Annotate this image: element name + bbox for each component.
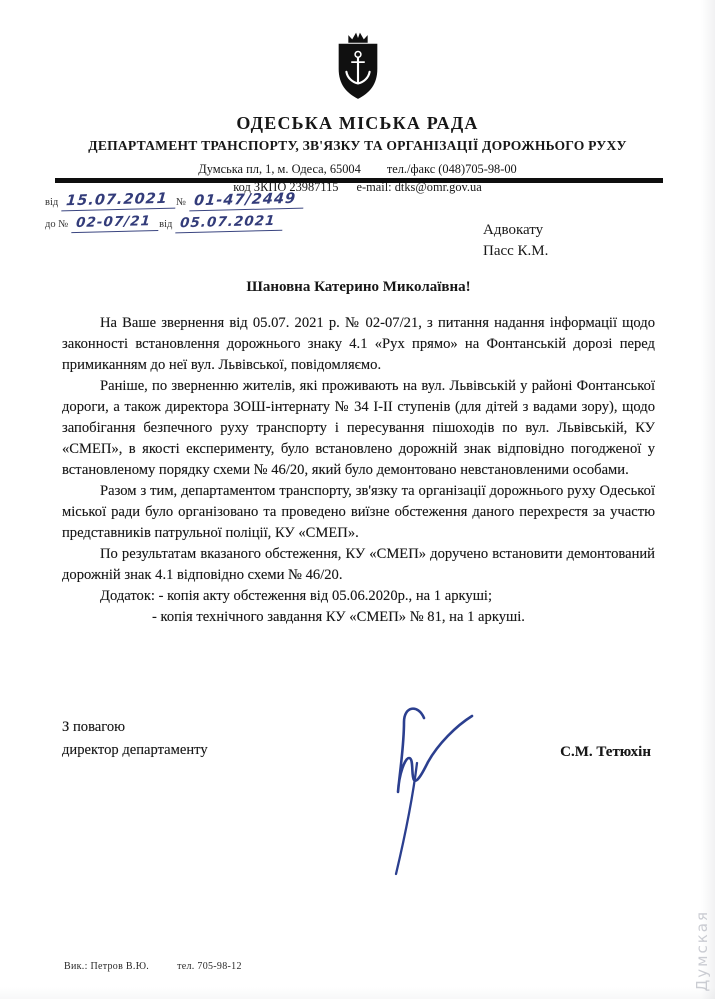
- executor-line: Вик.: Петров В.Ю.тел. 705-98-12: [64, 961, 242, 972]
- attachment-line-2: - копія технічного завдання КУ «СМЕП» № …: [62, 607, 655, 628]
- paragraph-1: На Ваше звернення від 05.07. 2021 р. № 0…: [62, 313, 655, 376]
- letter-body: Шановна Катерино Миколаївна! На Ваше зве…: [62, 279, 655, 628]
- paragraph-4: По результатам вказаного обстеження, КУ …: [62, 544, 655, 586]
- recipient-block: Адвокату Пасс К.М.: [483, 220, 548, 262]
- handwritten-signature: [358, 700, 476, 878]
- incoming-date-handwritten: 05.07.2021: [176, 213, 285, 234]
- attachment-line-1: Додаток: - копія акту обстеження від 05.…: [62, 586, 655, 607]
- closing-block: З повагою директор департаменту: [62, 716, 208, 762]
- site-watermark: Думская: [693, 910, 711, 991]
- closing-position: директор департаменту: [62, 739, 208, 762]
- recipient-title: Адвокату: [483, 220, 548, 241]
- salutation: Шановна Катерино Миколаївна!: [62, 279, 655, 296]
- paragraph-3: Разом з тим, департаментом транспорту, з…: [62, 481, 655, 544]
- letterhead-divider: [55, 178, 663, 183]
- phone-fax: тел./факс (048)705-98-00: [387, 162, 517, 177]
- recipient-name: Пасс К.М.: [483, 241, 548, 262]
- executor-name: Вик.: Петров В.Ю.: [64, 961, 149, 972]
- outgoing-number-handwritten: 01-47/2449: [189, 191, 304, 212]
- paragraph-2: Раніше, по зверненню жителів, які прожив…: [62, 376, 655, 481]
- registration-block: від 15.07.2021 № 01-47/2449 до № 02-07/2…: [45, 192, 304, 236]
- incoming-date-label: від: [159, 219, 176, 232]
- address-line: Думська пл, 1, м. Одеса, 65004тел./факс …: [0, 162, 715, 177]
- incoming-number-handwritten: 02-07/21: [72, 213, 160, 233]
- outgoing-date-label: від: [45, 197, 62, 210]
- odesa-coat-of-arms-icon: [329, 30, 387, 102]
- outgoing-number-label: №: [176, 197, 190, 210]
- incoming-registration-row: до № 02-07/21 від 05.07.2021: [45, 214, 304, 232]
- executor-phone: тел. 705-98-12: [177, 961, 242, 972]
- signatory-name: С.М. Тетюхін: [560, 744, 651, 761]
- outgoing-registration-row: від 15.07.2021 № 01-47/2449: [45, 192, 304, 210]
- outgoing-date-handwritten: 15.07.2021: [62, 191, 177, 212]
- incoming-number-label: до №: [45, 219, 72, 232]
- organization-name: ОДЕСЬКА МІСЬКА РАДА: [0, 113, 715, 134]
- postal-address: Думська пл, 1, м. Одеса, 65004: [198, 162, 361, 177]
- letterhead: ОДЕСЬКА МІСЬКА РАДА ДЕПАРТАМЕНТ ТРАНСПОР…: [0, 30, 715, 195]
- closing-respect: З повагою: [62, 716, 208, 739]
- department-name: ДЕПАРТАМЕНТ ТРАНСПОРТУ, ЗВ'ЯЗКУ ТА ОРГАН…: [0, 138, 715, 154]
- scanned-letter-page: ОДЕСЬКА МІСЬКА РАДА ДЕПАРТАМЕНТ ТРАНСПОР…: [0, 0, 715, 999]
